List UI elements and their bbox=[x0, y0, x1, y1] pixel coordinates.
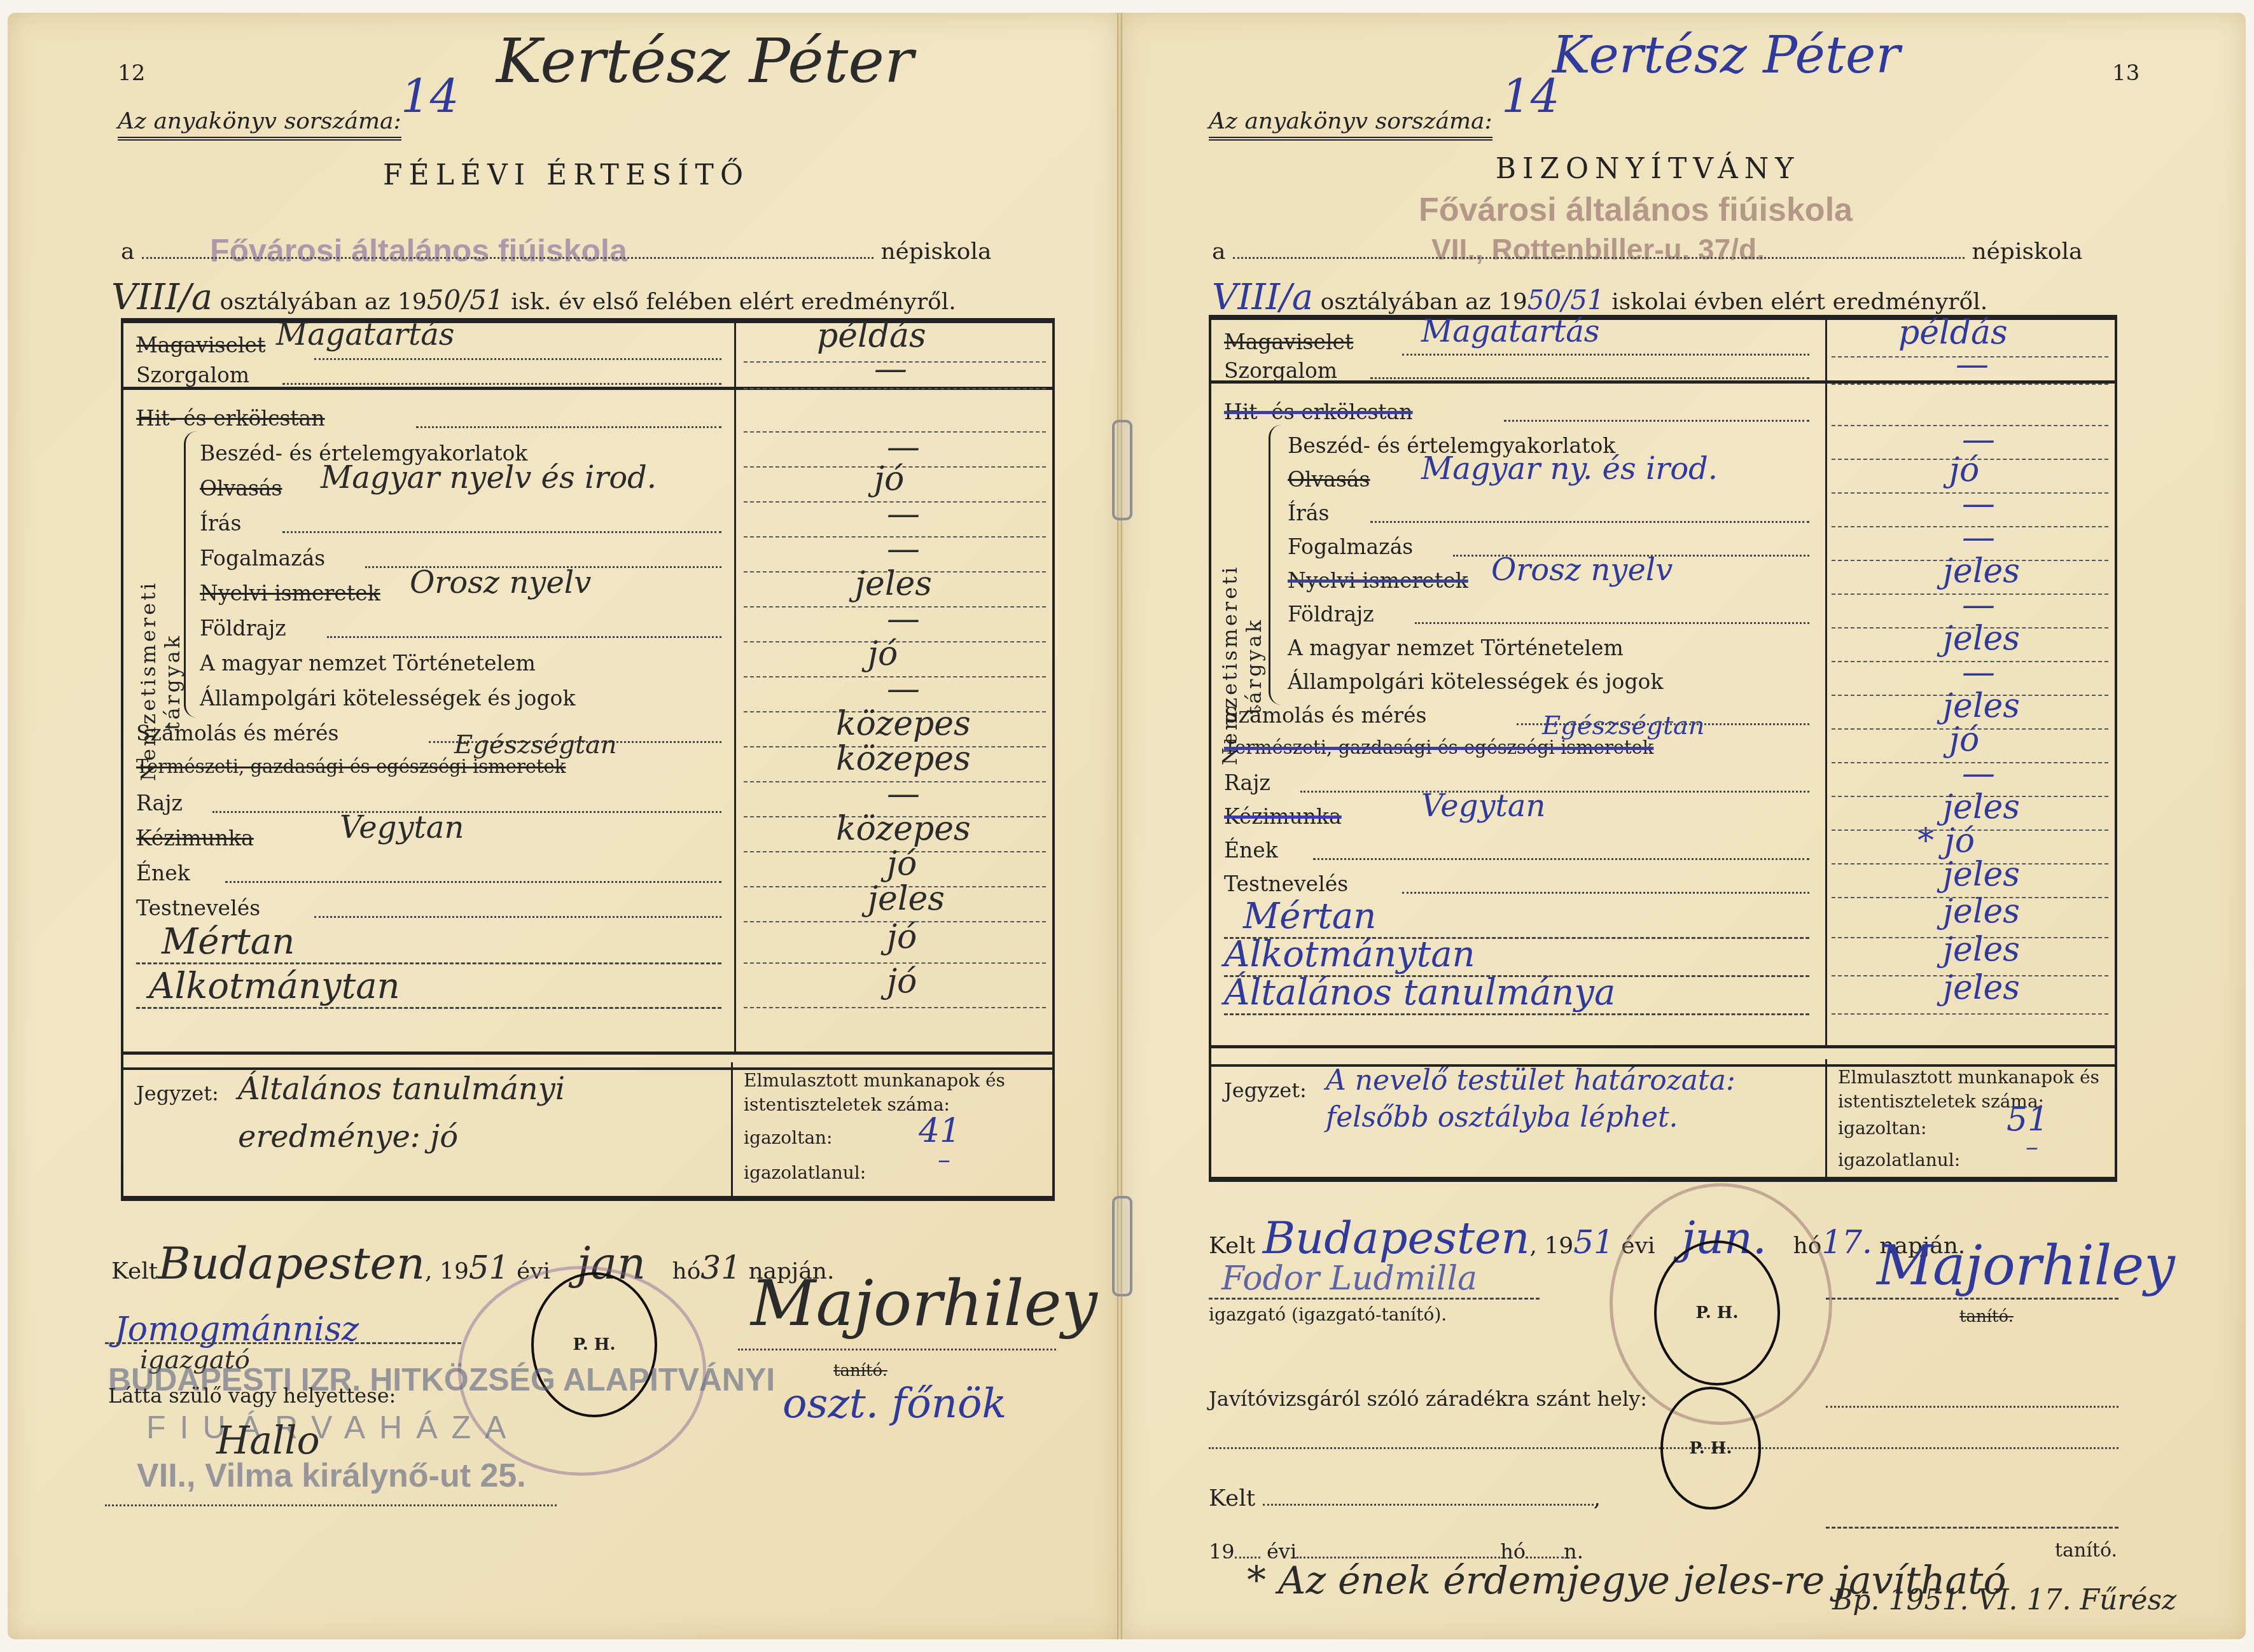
class-handwritten: VIII/a bbox=[111, 277, 212, 318]
school-stamp-line1: Fővárosi általános fiúiskola bbox=[1419, 191, 1853, 229]
note-text: A nevelő testület határozata: felsőbb os… bbox=[1326, 1062, 1822, 1136]
table-row: Alkotmánytanjó bbox=[123, 978, 1052, 1018]
notes-box-right: Jegyzet: A nevelő testület határozata: f… bbox=[1209, 1059, 2117, 1182]
booklet-spine bbox=[1117, 13, 1122, 1639]
note-text: Általános tanulmányi eredménye: jó bbox=[238, 1065, 721, 1161]
registry-number: 14 bbox=[1501, 70, 1560, 123]
absence-excused-label: igazoltan: bbox=[744, 1126, 833, 1150]
date-line-left: KeltBudapesten, 1951 évi jan hó31 napján… bbox=[111, 1237, 834, 1289]
staple-bottom bbox=[1112, 1196, 1132, 1296]
teacher-signature: Majorhiley bbox=[1877, 1234, 2175, 1298]
parent-label: Látta szülő vagy helyettese: bbox=[108, 1384, 396, 1408]
retake-seal-placeholder: P. H. bbox=[1660, 1387, 1761, 1510]
seal-placeholder: P. H. bbox=[1654, 1240, 1780, 1385]
teacher-signature: Majorhiley bbox=[751, 1266, 1097, 1340]
table-row-diligence: Szorgalom — bbox=[123, 363, 1052, 402]
student-name: Kertész Péter bbox=[1552, 25, 1900, 85]
page-title: BIZONYÍTVÁNY bbox=[1336, 153, 1959, 185]
staple-top bbox=[1112, 420, 1132, 520]
school-year: 50/51 bbox=[427, 284, 504, 316]
notes-divider bbox=[123, 1052, 1052, 1055]
teacher-role: oszt. főnök bbox=[783, 1380, 1006, 1427]
date-year: 51 bbox=[469, 1249, 510, 1286]
school-line: a népiskola bbox=[121, 239, 991, 265]
date-line-right: Kelt Budapesten, 1951 évi jun. hó17. nap… bbox=[1209, 1212, 1965, 1264]
retake-label: Javítóvizsgáról szóló záradékra szánt he… bbox=[1209, 1387, 1647, 1411]
table-row: Földrajz— bbox=[123, 616, 1052, 655]
page-number: 12 bbox=[118, 60, 145, 86]
class-line-end: isk. év első felében elért eredményről. bbox=[511, 289, 956, 315]
absence-unexcused-label: igazolatlanul: bbox=[744, 1161, 866, 1185]
absence-unexcused-value: – bbox=[2026, 1132, 2038, 1162]
table-row-diligence: Szorgalom — bbox=[1211, 358, 2115, 398]
school-suffix: népiskola bbox=[880, 239, 991, 265]
class-line: VIII/a osztályában az 1950/51 isk. év el… bbox=[111, 277, 956, 318]
teacher-role-struck: tanító. bbox=[833, 1361, 887, 1380]
school-line: a népiskola bbox=[1212, 239, 2082, 265]
class-line: VIII/a osztályában az 1950/51 iskolai év… bbox=[1212, 277, 1987, 318]
school-prefix: a bbox=[121, 239, 134, 265]
grades-table-left: Magaviselet Magatartás példás Szorgalom … bbox=[121, 318, 1055, 1070]
footnote-date: Bp. 1951. VI. 17. Fűrész bbox=[1832, 1584, 2176, 1616]
date-place: Budapesten bbox=[158, 1237, 425, 1289]
note-label: Jegyzet: bbox=[136, 1081, 219, 1106]
teacher-role-struck: tanító. bbox=[1959, 1307, 2014, 1326]
guardian-stamp-line2: FIUÁRVAHÁZA bbox=[146, 1409, 520, 1446]
absence-unexcused-value: – bbox=[938, 1145, 950, 1174]
retake-date-line: Kelt , bbox=[1209, 1485, 1601, 1511]
registry-label: Az anyakönyv sorszáma: bbox=[118, 108, 401, 141]
notes-box-left: Jegyzet: Általános tanulmányi eredménye:… bbox=[121, 1062, 1055, 1201]
absence-header: Elmulasztott munkanapok és istentisztele… bbox=[744, 1069, 1043, 1117]
page-title: FÉLÉVI ÉRTESÍTŐ bbox=[254, 159, 878, 191]
director-signature: Fodor Ludmilla bbox=[1221, 1260, 1477, 1298]
grades-table-right: Magaviselet Magatartás példás Szorgalom … bbox=[1209, 315, 2117, 1067]
registry-number: 14 bbox=[401, 70, 459, 123]
registry-label: Az anyakönyv sorszáma: bbox=[1209, 108, 1492, 141]
retake-role: tanító. bbox=[2055, 1539, 2117, 1562]
guardian-stamp-line3: VII., Vilma királynő-ut 25. bbox=[137, 1457, 526, 1495]
class-handwritten: VIII/a bbox=[1212, 277, 1313, 318]
student-name: Kertész Péter bbox=[496, 25, 914, 97]
class-line-text: osztályában az 19 bbox=[220, 289, 427, 315]
table-row: Általános tanulmányajeles bbox=[1211, 985, 2115, 1024]
director-role: igazgató (igazgató-tanító). bbox=[1209, 1304, 1447, 1325]
page-number: 13 bbox=[2112, 60, 2139, 86]
date-day: 31 bbox=[700, 1249, 741, 1286]
school-year: 50/51 bbox=[1527, 284, 1604, 316]
absence-excused-value: 41 bbox=[919, 1112, 961, 1150]
